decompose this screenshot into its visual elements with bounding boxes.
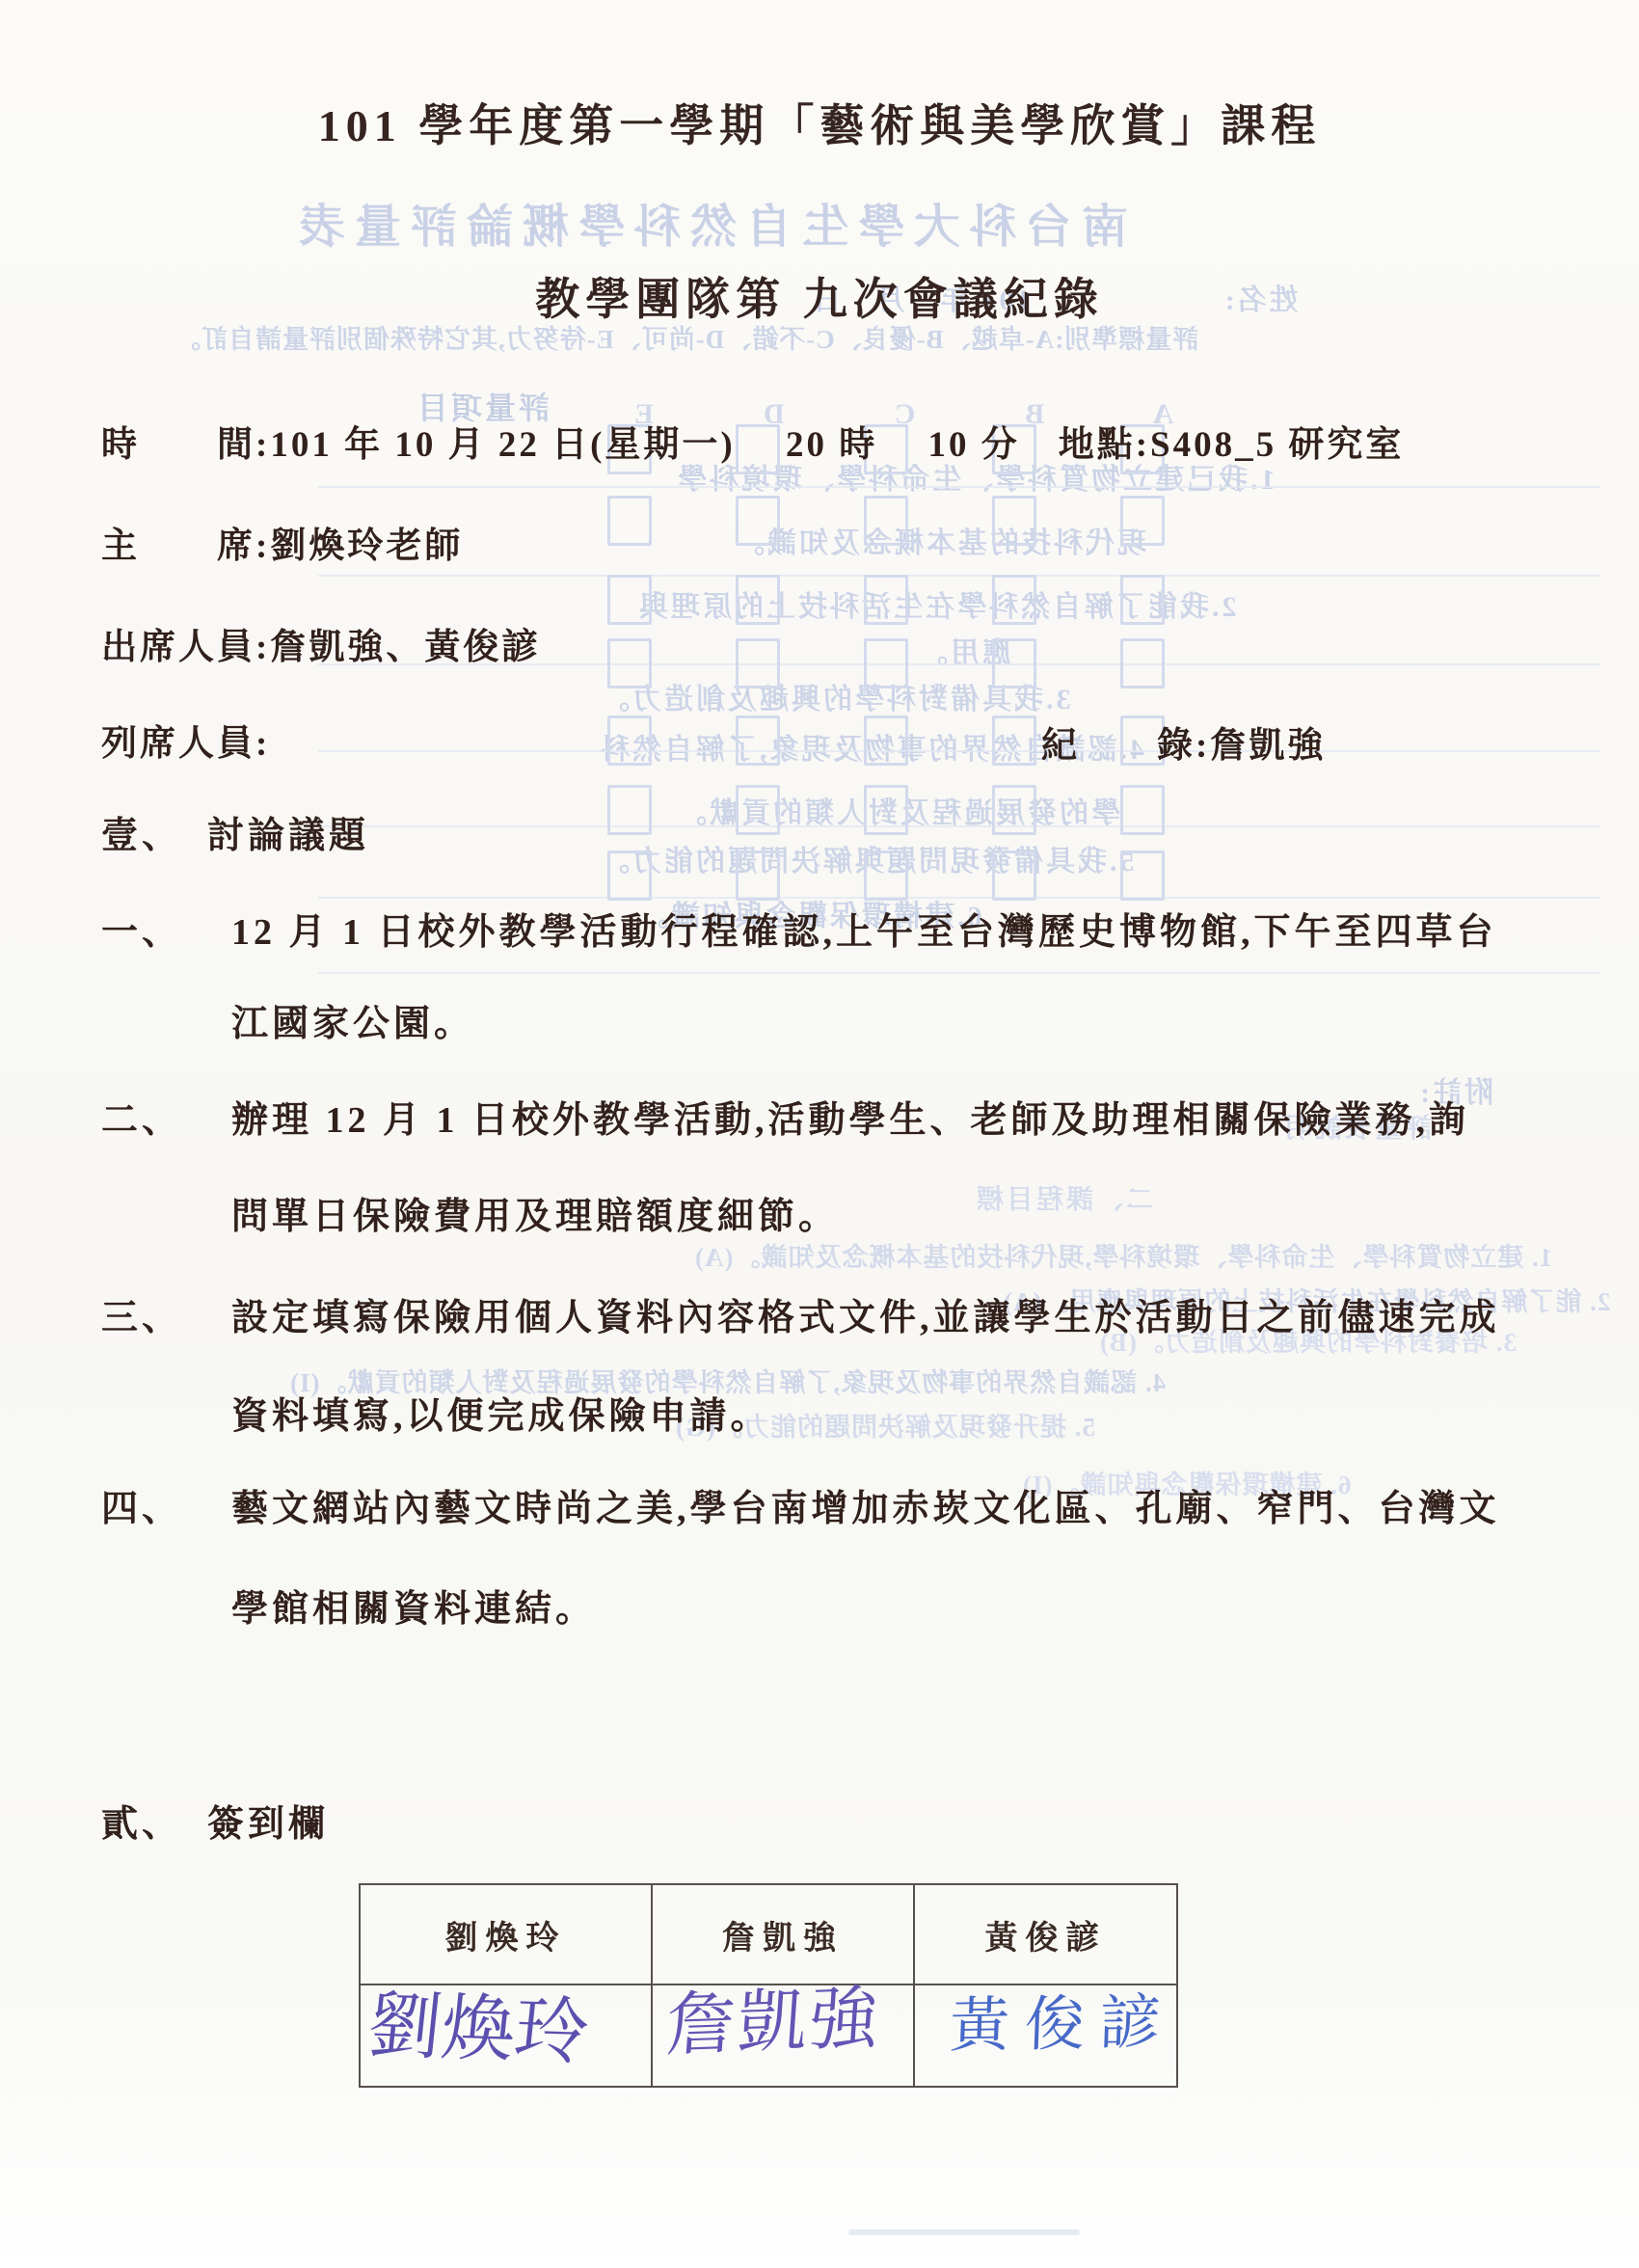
bleedthrough-text: 南台科大學生自然科學概論評量表 (289, 189, 1128, 256)
signature-cell: 詹凱強 (652, 1984, 914, 2087)
item-text-line: 12 月 1 日校外教學活動行程確認,上午至台灣歷史博物館,下午至四草台 (231, 902, 1497, 955)
meeting-time-location: 時 間:101 年 10 月 22 日(星期一) 20 時 10 分 地點:S4… (101, 415, 1404, 467)
item-text-line: 資料填寫,以便完成保險申請。 (231, 1386, 771, 1439)
item-marker: 二、 (101, 1090, 182, 1143)
signin-table: 劉煥玲 詹凱強 黃俊諺 劉煥玲 詹凱強 黃俊諺 (359, 1883, 1178, 2088)
signin-header-cell: 劉煥玲 (360, 1884, 652, 1984)
bleedthrough-checkbox-row (607, 496, 1249, 546)
section-title: 討論議題 (207, 805, 369, 858)
item-text-line: 辦理 12 月 1 日校外教學活動,活動學生、老師及助理相關保險業務,詢 (231, 1090, 1469, 1143)
scan-smudge (848, 2229, 1080, 2235)
meeting-observers: 列席人員: (101, 714, 270, 766)
section-marker: 壹、 (101, 805, 182, 858)
item-text-line: 藝文網站內藝文時尚之美,學台南增加赤崁文化區、孔廟、窄門、台灣文 (231, 1478, 1500, 1531)
bleedthrough-rule (318, 972, 1600, 974)
bleedthrough-text: 1. 建立物質科學、生命科學、環境科學,現代科技的基本概念及知識。(A) (694, 1236, 1552, 1274)
signin-header-cell: 黃俊諺 (914, 1884, 1177, 1984)
meeting-attendees: 出席人員:詹凱強、黃俊諺 (101, 617, 540, 669)
signature-cell: 劉煥玲 (360, 1984, 652, 2087)
handwritten-signature: 詹凱強 (664, 1984, 883, 2061)
item-marker: 四、 (101, 1478, 182, 1531)
section-marker: 貳、 (101, 1794, 182, 1847)
section-title: 簽到欄 (207, 1794, 329, 1847)
bleedthrough-checkbox-row (607, 575, 1249, 625)
signin-signature-row: 劉煥玲 詹凱強 黃俊諺 (360, 1984, 1177, 2087)
course-title: 101 學年度第一學期「藝術與美學欣賞」課程 (0, 91, 1639, 154)
meeting-title: 教學團隊第 九次會議紀錄 (0, 264, 1639, 328)
signin-header-cell: 詹凱強 (652, 1884, 914, 1984)
bleedthrough-checkbox-row (607, 850, 1249, 901)
meeting-chair: 主 席:劉煥玲老師 (101, 516, 463, 568)
handwritten-signature: 黃俊諺 (949, 1993, 1176, 2057)
meeting-recorder: 紀 錄:詹凱強 (1041, 715, 1326, 768)
item-text-line: 學館相關資料連結。 (231, 1579, 596, 1632)
signature-cell: 黃俊諺 (914, 1984, 1177, 2087)
signin-header-row: 劉煥玲 詹凱強 黃俊諺 (360, 1884, 1177, 1984)
item-text-line: 設定填寫保險用個人資料內容格式文件,並讓學生於活動日之前儘速完成 (231, 1287, 1500, 1340)
bleedthrough-checkbox-row (607, 785, 1249, 835)
item-marker: 一、 (101, 902, 182, 955)
item-text-line: 問單日保險費用及理賠額度細節。 (231, 1186, 839, 1239)
item-text-line: 江國家公園。 (231, 993, 474, 1046)
handwritten-signature: 劉煥玲 (364, 1989, 592, 2070)
bleedthrough-rule (318, 486, 1600, 488)
item-marker: 三、 (101, 1287, 182, 1340)
bleedthrough-text: 二、課程目標 (974, 1178, 1153, 1217)
scanned-document-page: 南台科大學生自然科學概論評量表 姓名: 101 年 月 日 評量標準別:A-卓越… (0, 0, 1639, 2268)
bleedthrough-checkbox-row (607, 638, 1249, 688)
